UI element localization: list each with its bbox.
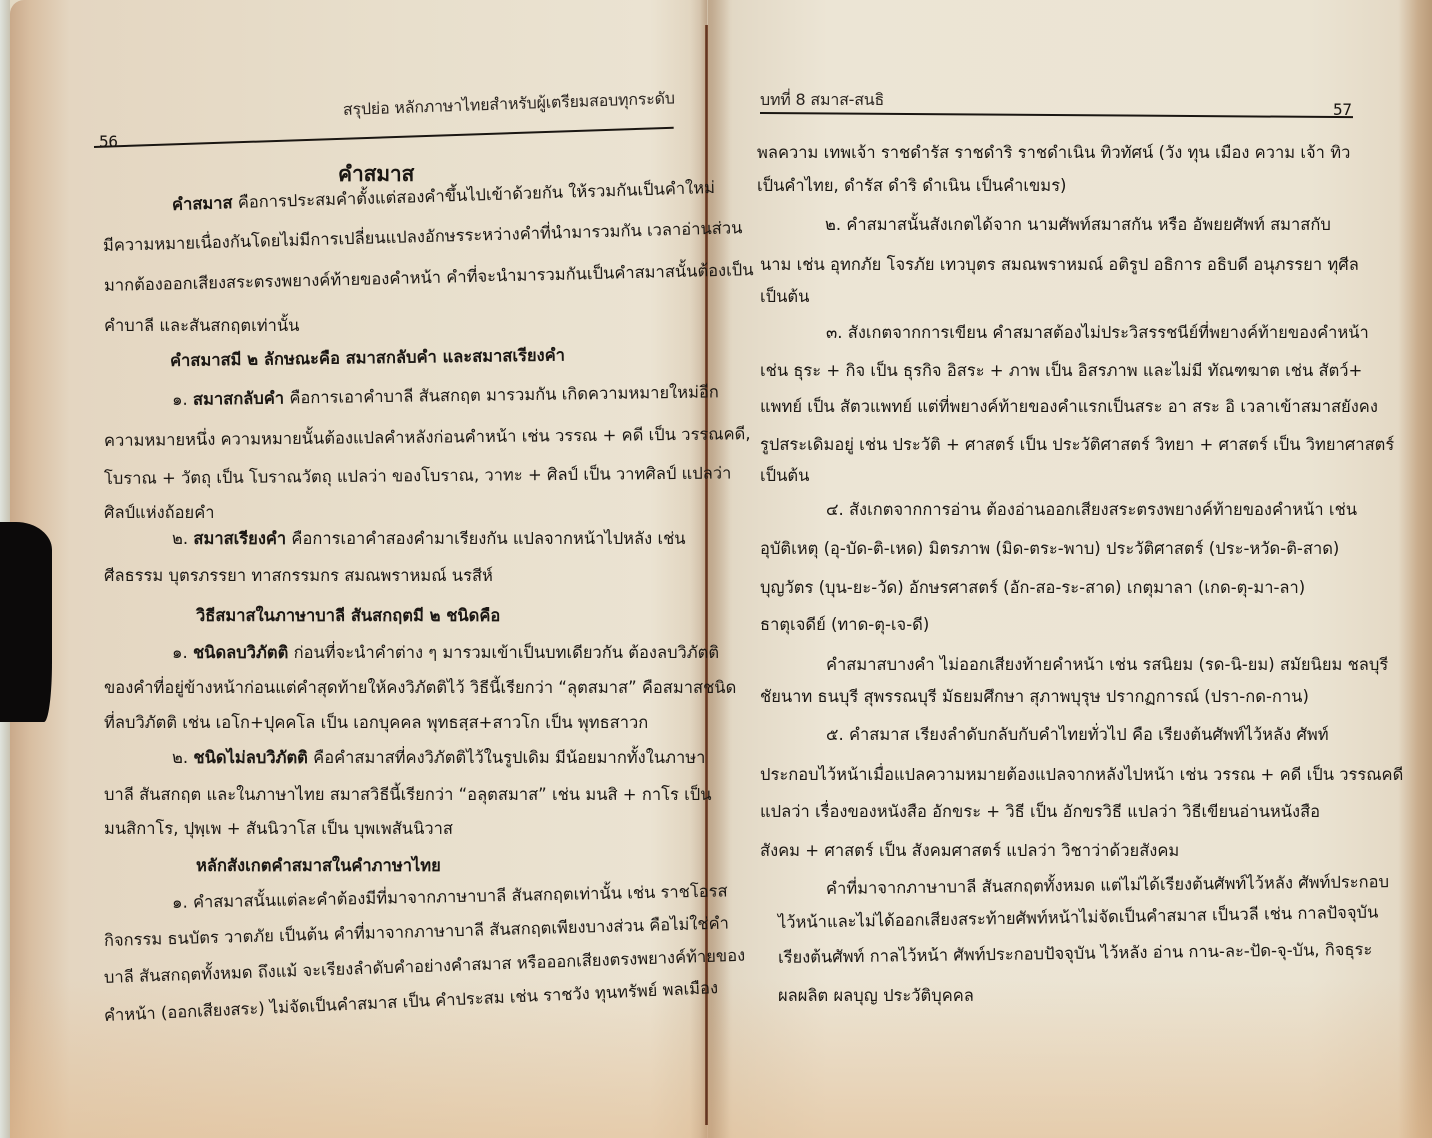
right-line-12: อุบัติเหตุ (อุ-บัด-ติ-เหด) มิตรภาพ (มิด-… xyxy=(760,536,1339,562)
right-line-13: บุญวัตร (บุน-ยะ-วัด) อักษรศาสตร์ (อัก-สอ… xyxy=(760,575,1305,601)
right-line-3: ๒. คำสมาสนั้นสังเกตได้จาก นามศัพท์สมาสกั… xyxy=(825,212,1331,238)
right-line-11: ๔. สังเกตจากการอ่าน ต้องอ่านออกเสียงสระต… xyxy=(826,497,1357,523)
right-line-24: ผลผลิต ผลบุญ ประวัติบุคคล xyxy=(778,983,974,1009)
right-line-20: สังคม + ศาสตร์ เป็น สังคมศาสตร์ แปลว่า ว… xyxy=(760,838,1179,864)
left-line-11: ศีลธรรม บุตรภรรยา ทาสกรรมกร สมณพราหมณ์ น… xyxy=(104,563,493,589)
right-running-header: บทที่ 8 สมาส-สนธิ xyxy=(760,88,884,113)
left-line-16: ๒. ชนิดไม่ลบวิภัตติ คือคำสมาสที่คงวิภัตต… xyxy=(172,745,705,771)
right-line-9: รูปสระเดิมอยู่ เช่น ประวัติ + ศาสตร์ เป็… xyxy=(760,432,1394,458)
right-line-10: เป็นต้น xyxy=(760,463,809,489)
left-line-15: ที่ลบวิภัตติ เช่น เอโก+ปุคคโล เป็น เอกบุ… xyxy=(104,710,648,736)
left-page-number: 56 xyxy=(99,132,118,151)
left-line-14: ของคำที่อยู่ข้างหน้าก่อนแต่คำสุดท้ายให้ค… xyxy=(104,675,736,701)
left-subheading-3: หลักสังเกตคำสมาสในคำภาษาไทย xyxy=(196,853,441,879)
left-line-8: โบราณ + วัตถุ เป็น โบราณวัตถุ แปลว่า ของ… xyxy=(104,461,732,492)
right-line-6: ๓. สังเกตจากการเขียน คำสมาสต้องไม่ประวิส… xyxy=(826,320,1369,346)
left-line-4: คำบาลี และสันสกฤตเท่านั้น xyxy=(104,313,299,339)
right-line-14: ธาตุเจดีย์ (ทาด-ตุ-เจ-ดี) xyxy=(760,612,929,638)
left-line-10: ๒. สมาสเรียงคำ คือการเอาคำสองคำมาเรียงกั… xyxy=(172,526,686,552)
left-line-9: ศิลป์แห่งถ้อยคำ xyxy=(104,500,215,526)
left-subheading-2: วิธีสมาสในภาษาบาลี สันสกฤตมี ๒ ชนิดคือ xyxy=(196,603,500,629)
right-line-17: ๕. คำสมาส เรียงลำดับกลับกับคำไทยทั่วไป ค… xyxy=(826,722,1329,748)
left-line-13: ๑. ชนิดลบวิภัตติ ก่อนที่จะนำคำต่าง ๆ มาร… xyxy=(172,640,719,666)
right-line-15: คำสมาสบางคำ ไม่ออกเสียงท้ายคำหน้า เช่น ร… xyxy=(826,652,1388,678)
book-spread: สรุปย่อ หลักภาษาไทยสำหรับผู้เตรียมสอบทุก… xyxy=(0,0,1432,1138)
left-line-17: บาลี สันสกฤต และในภาษาไทย สมาสวิธีนี้เรี… xyxy=(104,782,712,808)
left-line-18: มนสิกาโร, ปุพฺเพ + สันนิวาโส เป็น บุพเพส… xyxy=(104,816,453,842)
left-subheading-1: คำสมาสมี ๒ ลักษณะคือ สมาสกลับคำ และสมาสเ… xyxy=(170,342,565,374)
right-line-16: ชัยนาท ธนบุรี สุพรรณบุรี มัธยมศึกษา สุภา… xyxy=(760,684,1309,710)
right-line-8: แพทย์ เป็น สัตวแพทย์ แต่ที่พยางค์ท้ายของ… xyxy=(760,394,1378,420)
right-line-18: ประกอบไว้หน้าเมื่อแปลความหมายต้องแปลจากห… xyxy=(760,762,1403,788)
right-line-2: เป็นคำไทย, ดำรัส ดำริ ดำเนิน เป็นคำเขมร) xyxy=(757,173,1067,199)
right-line-7: เช่น ธุระ + กิจ เป็น ธุรกิจ อิสระ + ภาพ … xyxy=(760,358,1362,384)
right-line-4: นาม เช่น อุทกภัย โจรภัย เทวบุตร สมณพราหม… xyxy=(760,252,1359,278)
thumb-holding-book xyxy=(0,522,52,722)
right-line-5: เป็นต้น xyxy=(760,284,809,310)
right-line-19: แปลว่า เรื่องของหนังสือ อักขระ + วิธี เป… xyxy=(760,799,1320,825)
right-line-1: พลความ เทพเจ้า ราชดำรัส ราชดำริ ราชดำเนิ… xyxy=(757,140,1350,166)
